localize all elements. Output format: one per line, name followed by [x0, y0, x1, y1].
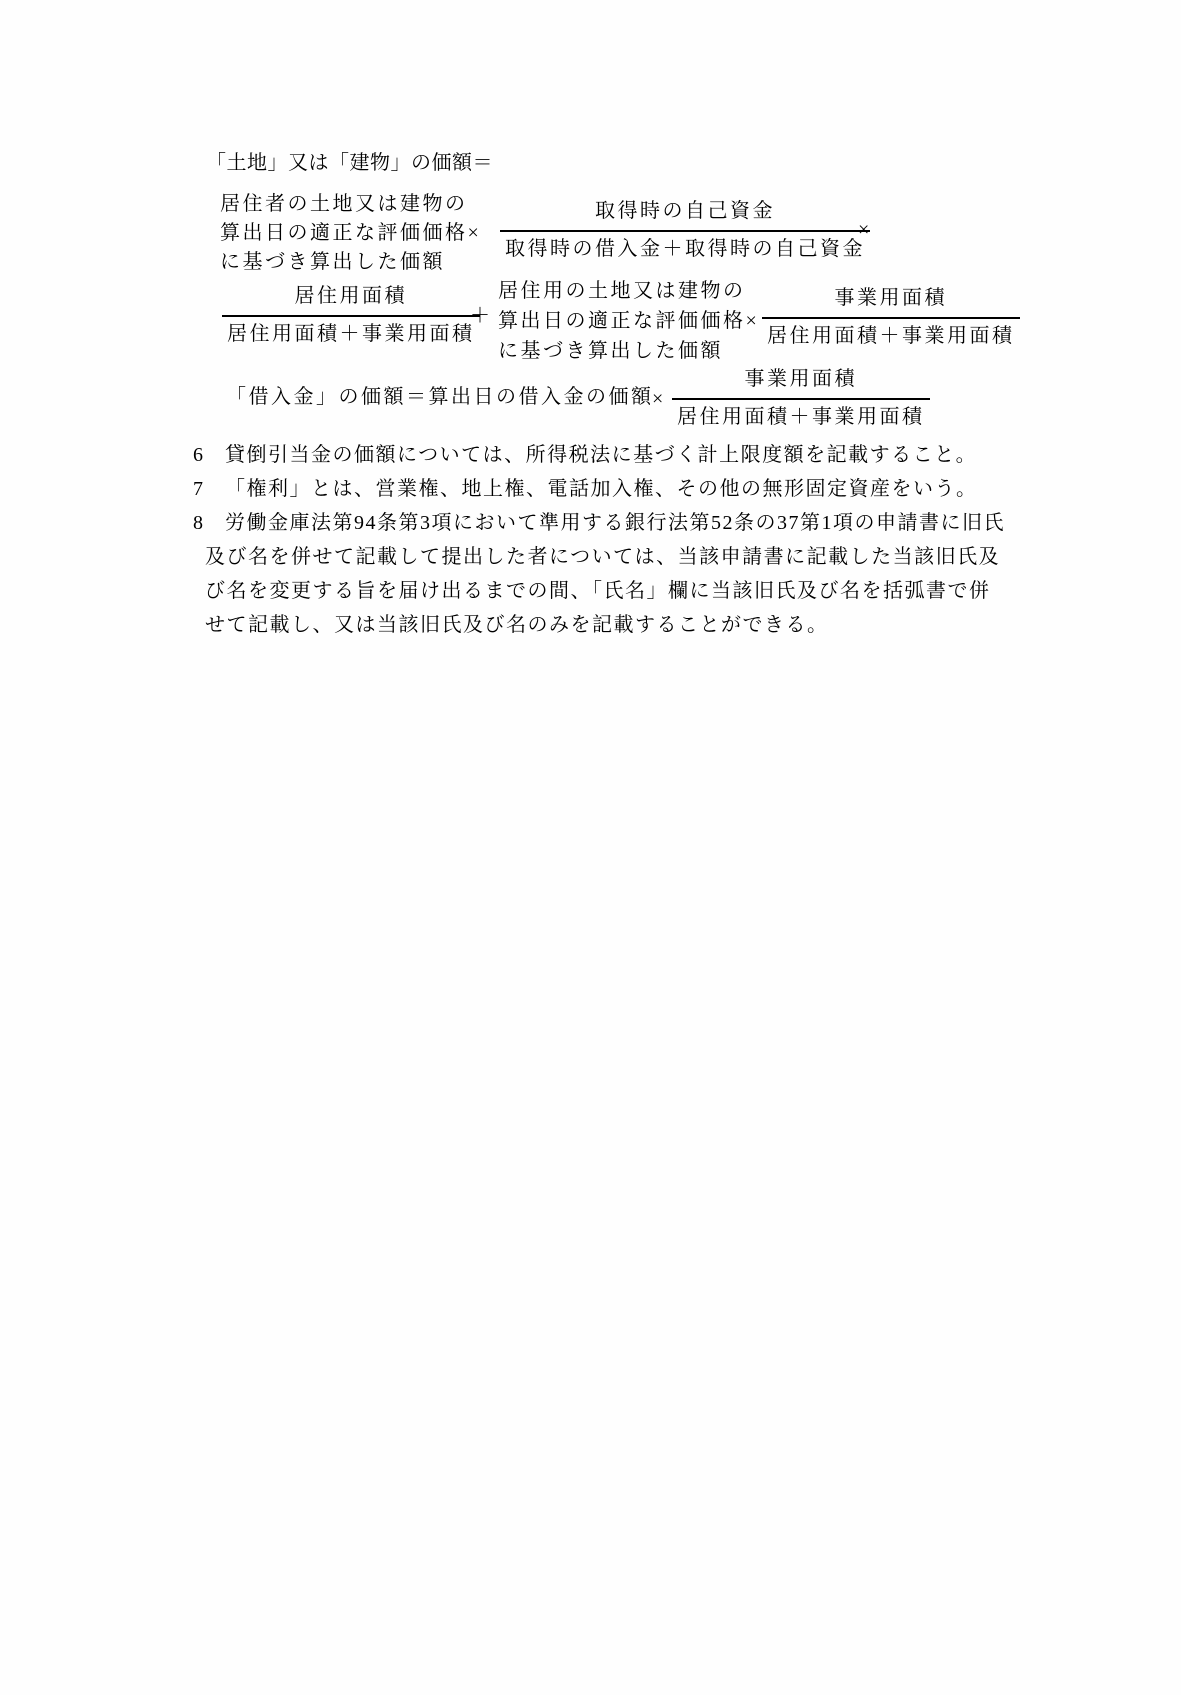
note-8-text-line-3: び名を変更する旨を届け出るまでの間、「氏名」欄に当該旧氏及び名を括弧書で併	[205, 580, 991, 602]
eq2-left-fraction: 居住用面積 居住用面積＋事業用面積	[222, 285, 480, 345]
eq2-left-fraction-numerator: 居住用面積	[222, 285, 480, 315]
eq1-factor-block: 居住者の土地又は建物の 算出日の適正な評価価格× に基づき算出した価額	[220, 190, 481, 277]
eq1-fraction-denominator: 取得時の借入金＋取得時の自己資金	[500, 232, 870, 260]
eq2-left-fraction-denominator: 居住用面積＋事業用面積	[222, 317, 480, 345]
eq2-factor-line-3: に基づき算出した価額	[498, 336, 759, 366]
eq2-plus-operator: ＋	[470, 305, 490, 327]
eq1-fraction: 取得時の自己資金 取得時の借入金＋取得時の自己資金	[500, 200, 870, 260]
eq2-factor-block: 居住用の土地又は建物の 算出日の適正な評価価格× に基づき算出した価額	[498, 276, 759, 366]
eq2-right-fraction-denominator: 居住用面積＋事業用面積	[762, 319, 1020, 347]
eq3-fraction-numerator: 事業用面積	[672, 368, 930, 398]
note-8-text-line-1: 労働金庫法第94条第3項において準用する銀行法第52条の37第1項の申請書に旧氏	[225, 512, 1005, 534]
eq3-fraction-denominator: 居住用面積＋事業用面積	[672, 400, 930, 428]
note-6-text: 貸倒引当金の価額については、所得税法に基づく計上限度額を記載すること。	[225, 444, 977, 466]
note-6-number: 6	[193, 444, 205, 466]
note-8-number: 8	[193, 512, 205, 534]
eq2-factor-line-2: 算出日の適正な評価価格×	[498, 306, 759, 336]
eq3-fraction: 事業用面積 居住用面積＋事業用面積	[672, 368, 930, 428]
eq1-factor-line-3: に基づき算出した価額	[220, 248, 481, 277]
note-8-text-line-4: せて記載し、又は当該旧氏及び名のみを記載することができる。	[205, 614, 829, 636]
formula-title: 「土地」又は「建物」の価額＝	[206, 152, 493, 174]
eq1-factor-line-2: 算出日の適正な評価価格×	[220, 219, 481, 248]
eq1-factor-line-1: 居住者の土地又は建物の	[220, 190, 481, 219]
note-8-text-line-2: 及び名を併せて記載して提出した者については、当該申請書に記載した当該旧氏及	[205, 546, 1000, 568]
note-7-text: 「権利」とは、営業権、地上権、電話加入権、その他の無形固定資産をいう。	[225, 478, 978, 500]
eq2-right-fraction: 事業用面積 居住用面積＋事業用面積	[762, 287, 1020, 347]
eq3-times-operator: ×	[652, 388, 663, 410]
document-page: 「土地」又は「建物」の価額＝ 居住者の土地又は建物の 算出日の適正な評価価格× …	[0, 0, 1181, 1695]
note-7-number: 7	[193, 478, 205, 500]
eq3-lhs: 「借入金」の価額＝算出日の借入金の価額	[226, 386, 654, 408]
eq1-times-operator: ×	[858, 219, 869, 241]
eq1-fraction-numerator: 取得時の自己資金	[500, 200, 870, 230]
eq2-factor-line-1: 居住用の土地又は建物の	[498, 276, 759, 306]
eq2-right-fraction-numerator: 事業用面積	[762, 287, 1020, 317]
